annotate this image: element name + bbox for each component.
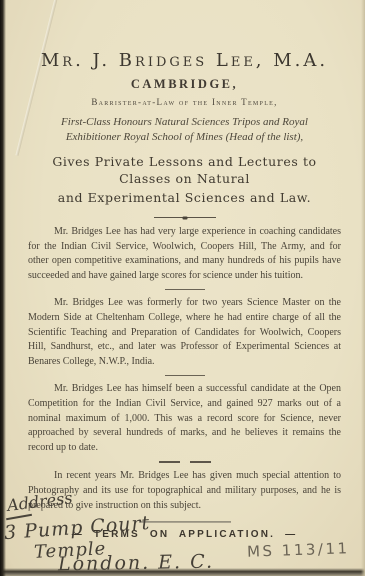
- dash-left: [159, 461, 180, 463]
- short-rule-divider-2: [165, 375, 205, 376]
- barrister-line: Barrister-at-Law of the Inner Temple,: [28, 97, 341, 107]
- long-rule-divider: [139, 521, 231, 523]
- scan-right-edge: [361, 0, 365, 576]
- short-rule-divider-1: [165, 289, 205, 290]
- paragraph-career-history: Mr. Bridges Lee was formerly for two yea…: [28, 296, 341, 369]
- services-line-2: and Experimental Sciences and Law.: [28, 189, 341, 206]
- paragraph-photography: In recent years Mr. Bridges Lee has give…: [28, 469, 341, 513]
- paragraph-record-score: Mr. Bridges Lee has himself been a succe…: [28, 382, 341, 455]
- printed-content: Mr. J. Bridges Lee, M.A. CAMBRIDGE, Barr…: [0, 0, 365, 540]
- honours-line-1: First-Class Honours Natural Sciences Tri…: [28, 115, 341, 129]
- scan-left-edge: [0, 0, 6, 576]
- diamond-ornament-icon: [182, 216, 187, 219]
- services-line-1: Gives Private Lessons and Lectures to Cl…: [28, 153, 341, 187]
- person-name-title: Mr. J. Bridges Lee, M.A.: [28, 50, 341, 71]
- scanned-advertisement-card: Mr. J. Bridges Lee, M.A. CAMBRIDGE, Barr…: [0, 0, 365, 576]
- handwritten-address-line-3: London. E. C.: [58, 551, 214, 576]
- paragraph-coaching-experience: Mr. Bridges Lee has had very large exper…: [28, 225, 341, 283]
- place-line: CAMBRIDGE,: [28, 77, 341, 92]
- dash-right: [190, 461, 211, 463]
- ornament-divider: [154, 217, 216, 218]
- catalogue-reference: MS 113/11: [247, 539, 350, 561]
- double-dash-divider: [159, 461, 211, 463]
- honours-line-2: Exhibitioner Royal School of Mines (Head…: [28, 130, 341, 144]
